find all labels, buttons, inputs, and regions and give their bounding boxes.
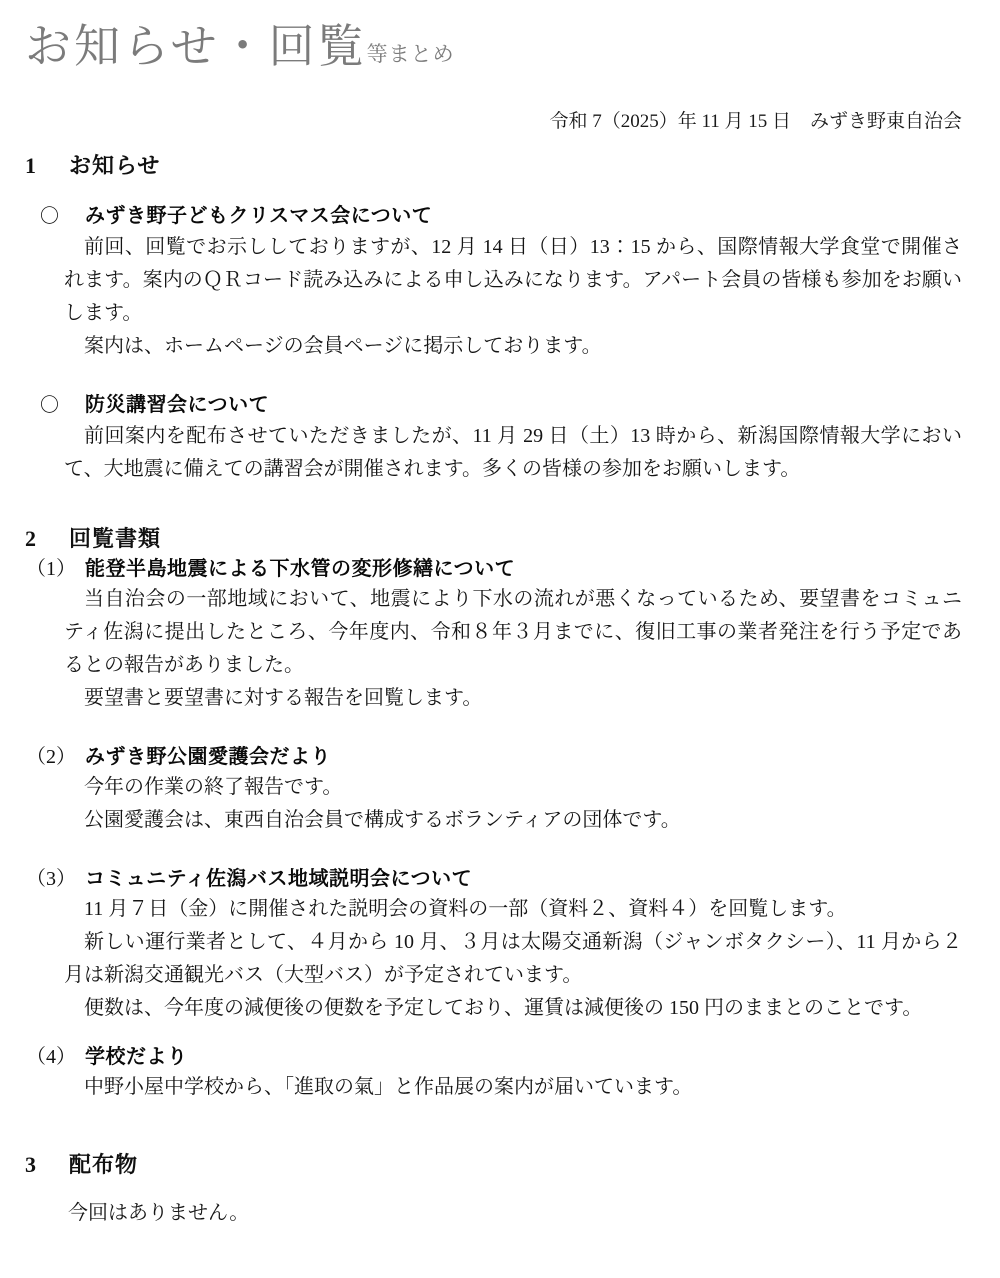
item-bus-paragraph-2: 新しい運行業者として、４月から 10 月、３月は太陽交通新潟（ジャンボタクシー）…	[64, 926, 962, 992]
item-park-paragraph-2: 公園愛護会は、東西自治会員で構成するボランティアの団体です。	[64, 804, 962, 837]
section-1-number: 1	[25, 153, 69, 179]
section-2-number: 2	[25, 526, 69, 552]
item-bus-paragraph-1: 11 月７日（金）に開催された説明会の資料の一部（資料２、資料４）を回覧します。	[64, 893, 962, 926]
section-3-number: 3	[25, 1152, 69, 1178]
number-bullet-3: （3）	[26, 865, 85, 893]
item-park-paragraph-1: 今年の作業の終了報告です。	[64, 771, 962, 804]
item-bus-heading: （3） コミュニティ佐潟バス地域説明会について	[22, 865, 962, 893]
number-bullet-4: （4）	[26, 1043, 85, 1071]
section-announcements: 1 お知らせ 〇 みずき野子どもクリスマス会について 前回、回覧でお示ししており…	[22, 149, 962, 486]
item-school-title: 学校だより	[85, 1043, 188, 1071]
item-park-title: みずき野公園愛護会だより	[85, 743, 331, 771]
item-sewer-heading: （1） 能登半島地震による下水管の変形修繕について	[22, 555, 962, 583]
section-3-paragraph-1: 今回はありません。	[68, 1197, 962, 1230]
item-christmas-title: みずき野子どもクリスマス会について	[85, 202, 432, 230]
number-bullet-1: （1）	[26, 555, 85, 583]
item-disaster-paragraph-1: 前回案内を配布させていただきましたが、11 月 29 日（土）13 時から、新潟…	[64, 420, 962, 486]
section-3-heading: 3 配布物	[22, 1148, 962, 1179]
circle-bullet: 〇	[40, 392, 85, 420]
section-1-heading: 1 お知らせ	[22, 149, 962, 180]
item-bus-title: コミュニティ佐潟バス地域説明会について	[85, 865, 472, 893]
item-christmas-paragraph-2: 案内は、ホームページの会員ページに掲示しております。	[64, 330, 962, 363]
item-sewer-paragraph-1: 当自治会の一部地域において、地震により下水の流れが悪くなっているため、要望書をコ…	[64, 583, 962, 682]
section-1-title: お知らせ	[69, 149, 160, 180]
item-bus-paragraph-3: 便数は、今年度の減便後の便数を予定しており、運賃は減便後の 150 円のままとの…	[64, 992, 962, 1025]
item-school-paragraph-1: 中野小屋中学校から、「進取の氣」と作品展の案内が届いています。	[64, 1071, 962, 1104]
item-christmas-paragraph-1: 前回、回覧でお示ししておりますが、12 月 14 日（日）13：15 から、国際…	[64, 231, 962, 330]
number-bullet-2: （2）	[26, 743, 85, 771]
section-distributed-items: 3 配布物 今回はありません。	[22, 1148, 962, 1230]
section-circulated-documents: 2 回覧書類 （1） 能登半島地震による下水管の変形修繕について 当自治会の一部…	[22, 522, 962, 1104]
document-title-suffix: 等まとめ	[367, 38, 455, 76]
section-2-heading: 2 回覧書類	[22, 522, 962, 553]
item-sewer-paragraph-2: 要望書と要望書に対する報告を回覧します。	[64, 682, 962, 715]
document-page: お知らせ・回覧 等まとめ 令和 7（2025）年 11 月 15 日 みずき野東…	[0, 0, 1000, 1230]
document-title: お知らせ・回覧	[25, 18, 367, 76]
item-school-heading: （4） 学校だより	[22, 1043, 962, 1071]
item-disaster-heading: 〇 防災講習会について	[22, 391, 962, 420]
section-3-title: 配布物	[69, 1148, 138, 1179]
circle-bullet: 〇	[40, 203, 85, 231]
section-2-title: 回覧書類	[69, 522, 161, 553]
document-title-row: お知らせ・回覧 等まとめ	[25, 18, 962, 76]
item-sewer-title: 能登半島地震による下水管の変形修繕について	[85, 555, 515, 583]
item-park-heading: （2） みずき野公園愛護会だより	[22, 743, 962, 771]
item-disaster-title: 防災講習会について	[85, 391, 269, 419]
date-issuer-line: 令和 7（2025）年 11 月 15 日 みずき野東自治会	[22, 106, 962, 133]
item-christmas-heading: 〇 みずき野子どもクリスマス会について	[22, 202, 962, 231]
